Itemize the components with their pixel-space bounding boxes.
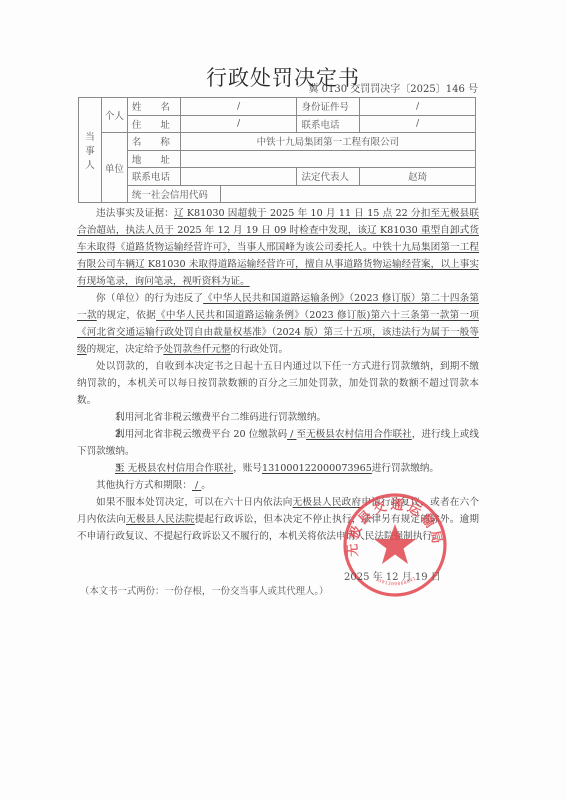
violation-paragraph: 你（单位）的行为违反了《中华人民共和国道路运输条例》（2023 修订版）第二十四…	[77, 290, 479, 358]
item-number: 1.	[96, 409, 115, 426]
appeal-text: 如果不服本处罚决定，可以在六十日内依法向	[96, 497, 293, 508]
facts-label: 违法事实及证据：	[96, 208, 174, 219]
item-text: 进行罚款缴纳。	[372, 463, 439, 474]
address-label: 住 址	[127, 115, 180, 133]
phone-label: 联系电话	[297, 115, 360, 133]
other-value: /	[192, 480, 201, 491]
payment-item-1: 1.利用河北省非税云缴费平台二维码进行罚款缴纳。	[77, 409, 479, 426]
unit-label: 单位	[101, 133, 127, 203]
violation-text: 的行政处罚。	[231, 344, 289, 355]
court: 无极县人民法院	[126, 514, 195, 525]
other-label: 其他执行方式和期限：	[96, 480, 192, 491]
unit-address-label: 地 址	[127, 150, 180, 168]
penalty: 处罚款叁仟元整	[163, 344, 230, 355]
individual-label: 个人	[101, 98, 127, 133]
payment-item-3: 3.至 无极县农村信用合作联社，账号131000122000073965进行罚款…	[77, 460, 479, 477]
account-number: 131000122000073965	[262, 463, 372, 474]
item-number: 3.	[96, 460, 115, 477]
footer-note: （本文书一式两份：一份存根，一份交当事人或其代理人。）	[80, 583, 328, 597]
item-text: 至	[296, 429, 306, 440]
document-number: 冀 0130 交罚罚决字〔2025〕146 号	[308, 80, 478, 95]
facts-text: 辽 K81030 因超载于 2025 年 10 月 11 日 15 点 22 分…	[77, 208, 479, 287]
document-title: 行政处罚决定书	[0, 62, 566, 92]
unit-phone-label: 联系电话	[127, 168, 180, 186]
payment-intro: 处以罚款的，自收到本决定书之日起十五日内通过以下任一方式进行罚款缴纳，到期不缴纳…	[77, 358, 479, 409]
violation-text: 的规定，依据	[97, 310, 156, 321]
name-label: 姓 名	[127, 98, 180, 116]
item-number: 2.	[96, 426, 115, 443]
credit-code-label: 统一社会信用代码	[127, 185, 220, 203]
unit-name-label: 名 称	[127, 133, 180, 151]
bank-name: 无极县农村信用合作联社	[306, 429, 412, 440]
credit-code-value	[220, 185, 475, 203]
item-text: ，账号	[233, 463, 262, 474]
decision-date: 2025 年 12 月 19 日	[344, 568, 441, 583]
unit-address-value	[180, 150, 475, 168]
unit-phone-value	[180, 168, 297, 186]
name-value: /	[180, 98, 297, 116]
address-value: /	[180, 115, 297, 133]
phone-value: /	[360, 115, 476, 133]
legal-rep-label: 法定代表人	[297, 168, 360, 186]
party-label: 当事人	[79, 98, 102, 203]
id-value: /	[360, 98, 476, 116]
legal-rep-value: 赵琦	[360, 168, 476, 186]
violation-text: 的规定，决定给予	[87, 344, 164, 355]
party-info-table: 当事人 个人 姓 名 / 身份证件号 / 住 址 / 联系电话 / 单位 名 称…	[78, 97, 476, 203]
item-text: 利用河北省非税云缴费平台二维码进行罚款缴纳。	[115, 412, 326, 423]
violation-text: 你（单位）的行为违反了	[96, 293, 203, 304]
bank-name: 至 无极县农村信用合作联社	[115, 463, 233, 474]
item-text: 利用河北省非税云缴费平台 20 位缴款码	[115, 429, 287, 440]
facts-paragraph: 违法事实及证据：辽 K81030 因超载于 2025 年 10 月 11 日 1…	[77, 205, 479, 290]
id-label: 身份证件号	[297, 98, 360, 116]
other-end: 。	[201, 480, 211, 491]
unit-name-value: 中铁十九局集团第一工程有限公司	[180, 133, 475, 151]
payment-item-2: 2.利用河北省非税云缴费平台 20 位缴款码 / 至无极县农村信用合作联社，进行…	[77, 426, 479, 460]
